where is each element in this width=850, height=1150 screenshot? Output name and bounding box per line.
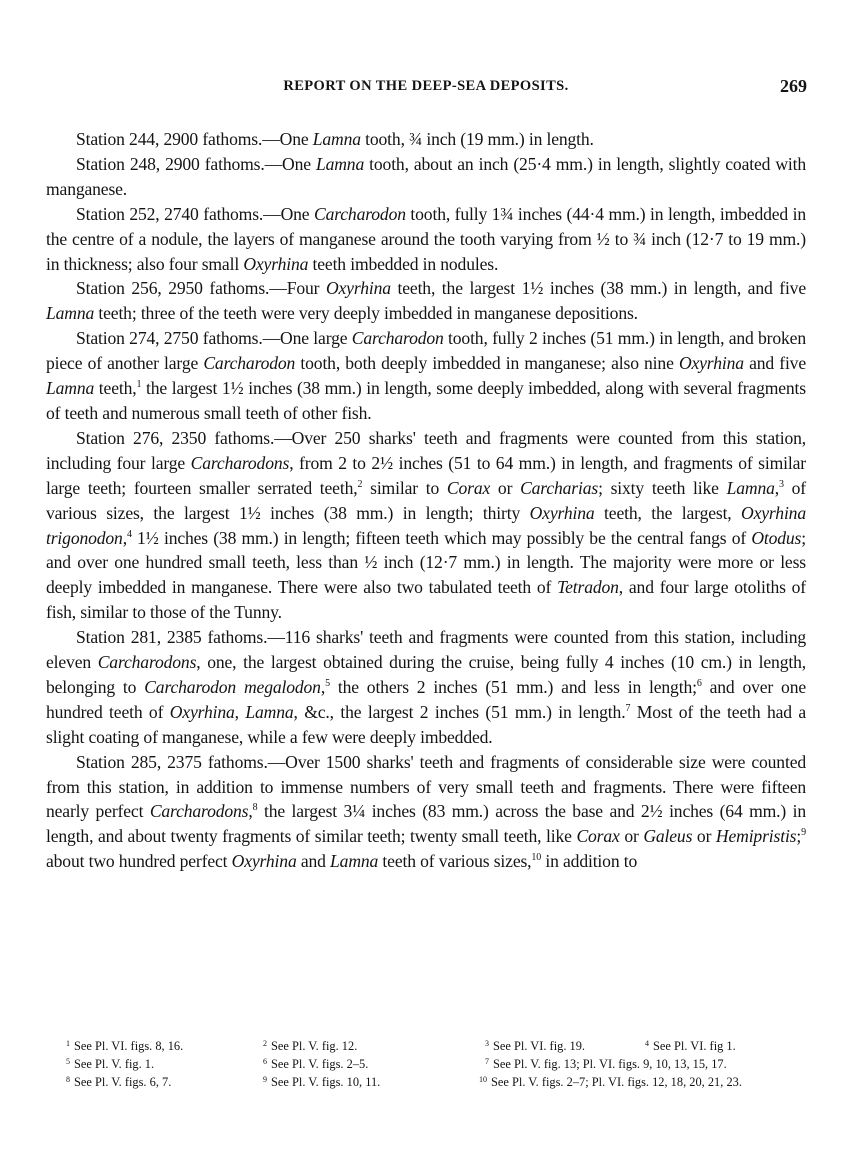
species-name: Carcharodon (203, 353, 295, 373)
text-run: Station 252, 2740 fathoms.—One (76, 204, 314, 224)
footnote-6: 6See Pl. V. figs. 2–5. (263, 1054, 471, 1072)
footnote-2: 2See Pl. V. fig. 12. (263, 1036, 471, 1054)
text-run: or (692, 826, 716, 846)
footnote-marker: 2 (263, 1039, 267, 1048)
paragraph-station-285: Station 285, 2375 fathoms.—Over 1500 sha… (46, 750, 806, 875)
paragraph-station-276: Station 276, 2350 fathoms.—Over 250 shar… (46, 426, 806, 625)
footnote-marker: 10 (479, 1075, 487, 1084)
species-name: Carcharodons (150, 801, 249, 821)
text-run: ; sixty teeth like (598, 478, 727, 498)
text-run: and five (744, 353, 806, 373)
paragraph-station-244: Station 244, 2900 fathoms.—One Lamna too… (46, 127, 806, 152)
footnote-text: See Pl. VI. fig. 19. (493, 1039, 585, 1053)
text-run: teeth of various sizes, (378, 851, 531, 871)
paragraph-station-274: Station 274, 2750 fathoms.—One large Car… (46, 326, 806, 426)
species-name: Oxyrhina (232, 851, 297, 871)
species-name: Lamna (245, 702, 293, 722)
footnote-text: See Pl. V. fig. 13; Pl. VI. figs. 9, 10,… (493, 1057, 727, 1071)
footnote-10: 10See Pl. V. figs. 2–7; Pl. VI. figs. 12… (471, 1072, 742, 1090)
footnote-text: See Pl. VI. figs. 8, 16. (74, 1039, 183, 1053)
species-name: Oxyrhina (679, 353, 744, 373)
text-run: tooth, both deeply imbedded in manganese… (295, 353, 679, 373)
footnote-marker: 5 (66, 1057, 70, 1066)
text-run: Station 244, 2900 fathoms.—One (76, 129, 313, 149)
footnote-8: 8See Pl. V. figs. 6, 7. (66, 1072, 263, 1090)
text-run: teeth, (94, 378, 136, 398)
species-name: Carcharodon (352, 328, 444, 348)
text-run: , &c., the largest 2 inches (51 mm.) in … (294, 702, 626, 722)
footnote-3: 3See Pl. VI. fig. 19. (471, 1036, 635, 1054)
footnote-7: 7See Pl. V. fig. 13; Pl. VI. figs. 9, 10… (471, 1054, 727, 1072)
species-name: Oxyrhina (326, 278, 391, 298)
species-name: Lamna (46, 378, 94, 398)
text-run: Station 256, 2950 fathoms.—Four (76, 278, 326, 298)
footnote-ref: 9 (801, 827, 806, 838)
species-name: Corax (447, 478, 490, 498)
footnote-text: See Pl. V. figs. 2–7; Pl. VI. figs. 12, … (491, 1075, 742, 1089)
footnote-marker: 6 (263, 1057, 267, 1066)
species-name: Oxyrhina (243, 254, 308, 274)
footnote-row: 1See Pl. VI. figs. 8, 16. 2See Pl. V. fi… (66, 1036, 806, 1054)
footnote-marker: 9 (263, 1075, 267, 1084)
footnote-1: 1See Pl. VI. figs. 8, 16. (66, 1036, 263, 1054)
footnote-9: 9See Pl. V. figs. 10, 11. (263, 1072, 471, 1090)
footnote-marker: 8 (66, 1075, 70, 1084)
species-name: Oxyrhina (170, 702, 235, 722)
species-name: Oxyrhina (530, 503, 595, 523)
footnote-ref: 10 (531, 852, 541, 863)
text-run: 1½ inches (38 mm.) in length; fifteen te… (132, 528, 752, 548)
footnote-marker: 3 (485, 1039, 489, 1048)
text-run: teeth, the largest 1½ inches (38 mm.) in… (391, 278, 806, 298)
species-name: Carcharodons (98, 652, 197, 672)
species-name: Lamna (46, 303, 94, 323)
footnote-text: See Pl. V. figs. 6, 7. (74, 1075, 171, 1089)
species-name: Lamna (727, 478, 775, 498)
species-name: Lamna (316, 154, 364, 174)
species-name: Otodus (751, 528, 801, 548)
text-run: tooth, ¾ inch (19 mm.) in length. (361, 129, 594, 149)
paragraph-station-252: Station 252, 2740 fathoms.—One Carcharod… (46, 202, 806, 277)
text-run: the others 2 inches (51 mm.) and less in… (330, 677, 697, 697)
footnote-text: See Pl. V. figs. 10, 11. (271, 1075, 380, 1089)
footnote-marker: 7 (485, 1057, 489, 1066)
text-run: and (297, 851, 330, 871)
text-run: or (620, 826, 644, 846)
text-run: about two hundred perfect (46, 851, 232, 871)
footnote-text: See Pl. V. figs. 2–5. (271, 1057, 368, 1071)
text-run: teeth, the largest, (595, 503, 741, 523)
species-name: Lamna (330, 851, 378, 871)
paragraph-station-256: Station 256, 2950 fathoms.—Four Oxyrhina… (46, 276, 806, 326)
footnote-marker: 4 (645, 1039, 649, 1048)
running-title: REPORT ON THE DEEP-SEA DEPOSITS. (45, 78, 807, 95)
species-name: Carcharodons (191, 453, 290, 473)
species-name: Lamna (313, 129, 361, 149)
species-name: Galeus (643, 826, 692, 846)
text-run: Station 274, 2750 fathoms.—One large (76, 328, 352, 348)
text-run: or (490, 478, 520, 498)
footnote-4: 4See Pl. VI. fig 1. (635, 1036, 736, 1054)
footnote-row: 5See Pl. V. fig. 1. 6See Pl. V. figs. 2–… (66, 1054, 806, 1072)
footnotes: 1See Pl. VI. figs. 8, 16. 2See Pl. V. fi… (66, 1036, 806, 1090)
text-run: teeth imbedded in nodules. (308, 254, 498, 274)
text-run: in addition to (541, 851, 637, 871)
footnote-marker: 1 (66, 1039, 70, 1048)
text-run: Station 248, 2900 fathoms.—One (76, 154, 316, 174)
footnote-5: 5See Pl. V. fig. 1. (66, 1054, 263, 1072)
species-name: Carcharias (520, 478, 598, 498)
paragraph-station-281: Station 281, 2385 fathoms.—116 sharks' t… (46, 625, 806, 750)
footnote-row: 8See Pl. V. figs. 6, 7. 9See Pl. V. figs… (66, 1072, 806, 1090)
species-name: Carcharodon megalodon (144, 677, 321, 697)
text-run: , (235, 702, 246, 722)
footnote-text: See Pl. V. fig. 1. (74, 1057, 154, 1071)
species-name: Tetradon (557, 577, 619, 597)
paragraph-station-248: Station 248, 2900 fathoms.—One Lamna too… (46, 152, 806, 202)
body-text: Station 244, 2900 fathoms.—One Lamna too… (46, 127, 806, 874)
footnote-text: See Pl. V. fig. 12. (271, 1039, 357, 1053)
species-name: Carcharodon (314, 204, 406, 224)
page-number: 269 (780, 76, 807, 97)
text-run: teeth; three of the teeth were very deep… (94, 303, 638, 323)
text-run: similar to (362, 478, 447, 498)
species-name: Hemipristis (716, 826, 796, 846)
page-header: REPORT ON THE DEEP-SEA DEPOSITS. 269 (45, 74, 807, 104)
text-run: the largest 1½ inches (38 mm.) in length… (46, 378, 806, 423)
species-name: Corax (576, 826, 619, 846)
footnote-text: See Pl. VI. fig 1. (653, 1039, 736, 1053)
